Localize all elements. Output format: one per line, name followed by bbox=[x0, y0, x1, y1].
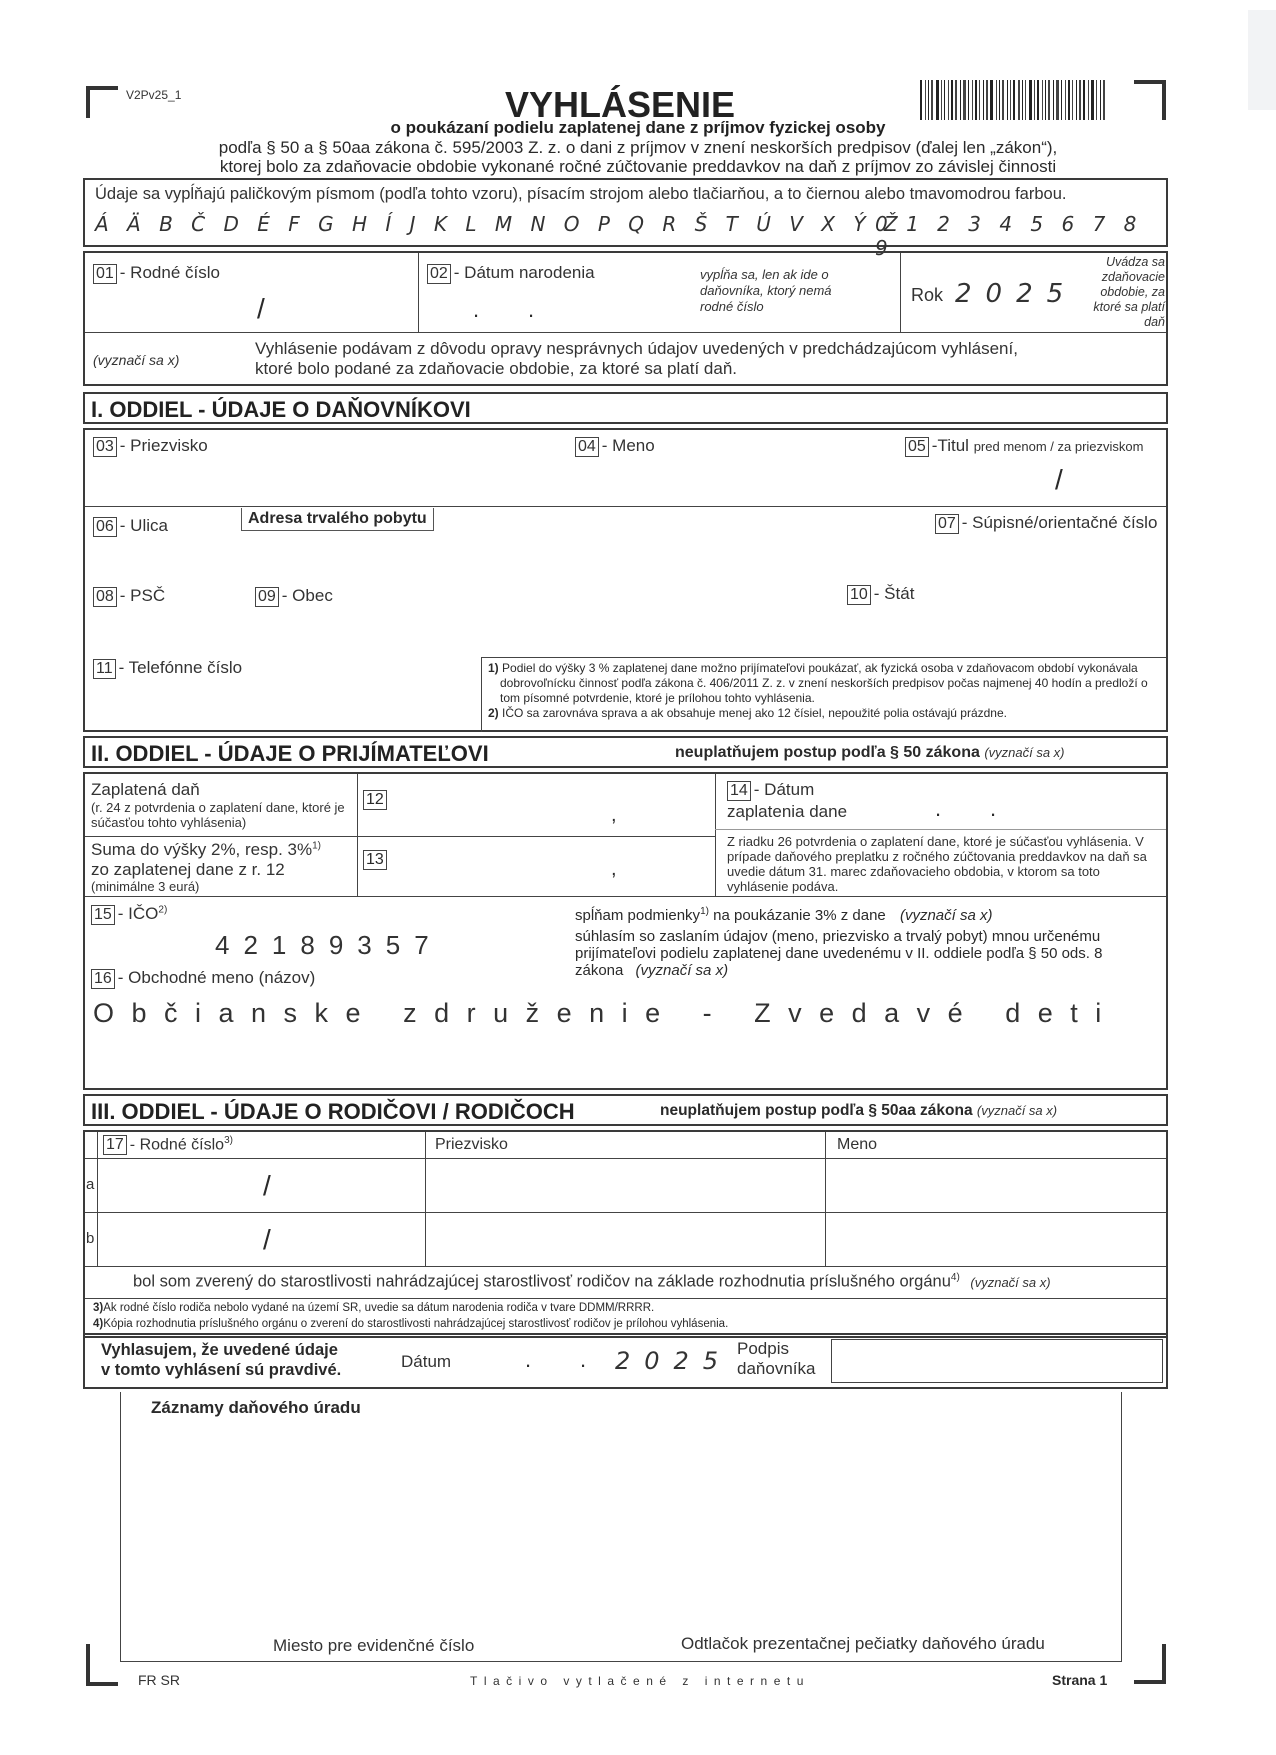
instructions-text: Údaje sa vypĺňajú paličkovým písmom (pod… bbox=[95, 185, 1066, 204]
row-b-priezvisko[interactable] bbox=[427, 1214, 823, 1264]
field-11-telefon[interactable]: 11- Telefónne číslo bbox=[93, 658, 242, 679]
footnote-2: 2) IČO sa zarovnáva sprava a ak obsahuje… bbox=[488, 706, 1160, 721]
field-07-supisne-cislo[interactable]: 07- Súpisné/orientačné číslo bbox=[935, 513, 1157, 534]
section-3-optout[interactable]: neuplatňujem postup podľa § 50aa zákona … bbox=[660, 1102, 1057, 1120]
field-05-titul[interactable]: 05-Titul pred menom / za priezviskom bbox=[905, 436, 1143, 457]
year-label: Rok bbox=[911, 285, 943, 306]
declaration-text-1: Vyhlasujem, že uvedené údaje bbox=[101, 1341, 338, 1360]
scan-edge-shadow bbox=[1248, 10, 1276, 110]
corner-mark-bottom-right bbox=[1134, 1644, 1166, 1684]
condition-checkbox-text[interactable]: spĺňam podmienky1) na poukázanie 3% z da… bbox=[575, 906, 992, 924]
sum-note: (minimálne 3 eurá) bbox=[91, 879, 199, 894]
office-records-box: Záznamy daňového úradu Miesto pre eviden… bbox=[120, 1392, 1122, 1662]
correction-mark[interactable]: (vyznačí sa x) bbox=[93, 352, 179, 368]
year-note: Uvádza sa zdaňovacie obdobie, za ktoré s… bbox=[1075, 255, 1165, 330]
page-number: Strana 1 bbox=[1052, 1672, 1107, 1688]
field-14-dots: . . bbox=[935, 796, 996, 822]
consent-checkbox-text[interactable]: súhlasím so zaslaním údajov (meno, priez… bbox=[575, 928, 1135, 979]
field-number: 01 bbox=[93, 264, 117, 284]
date-label: Dátum bbox=[401, 1352, 451, 1372]
footnotes-box: 1) Podiel do výšky 3 % zaplatenej dane m… bbox=[481, 657, 1166, 732]
footer-center: Tlačivo vytlačené z internetu bbox=[470, 1674, 810, 1688]
correction-text-2: ktoré bolo podané za zdaňovacie obdobie,… bbox=[255, 359, 737, 379]
col-meno: Meno bbox=[837, 1136, 877, 1154]
corner-mark-top-right bbox=[1134, 80, 1166, 120]
section-1-title: I. ODDIEL - ÚDAJE O DAŇOVNÍKOVI bbox=[91, 397, 471, 423]
titul-separator: / bbox=[1055, 464, 1063, 496]
corner-mark-bottom-left bbox=[86, 1644, 118, 1686]
field-10-stat[interactable]: 10- Štát bbox=[847, 584, 914, 605]
field-09-obec[interactable]: 09- Obec bbox=[255, 586, 333, 607]
field-13-number: 13 bbox=[363, 850, 387, 870]
name-value[interactable]: Občianske združenie - Zvedavé deti bbox=[93, 998, 1119, 1029]
col-priezvisko: Priezvisko bbox=[435, 1136, 508, 1154]
address-tag: Adresa trvalého pobytu bbox=[241, 508, 434, 531]
field-03-priezvisko[interactable]: 03- Priezvisko bbox=[93, 436, 208, 457]
field-15-ico[interactable]: 15- IČO2) bbox=[91, 904, 167, 925]
field-13-suma[interactable]: , bbox=[385, 840, 710, 892]
field-08-psc[interactable]: 08- PSČ bbox=[93, 586, 165, 607]
col-rodne-cislo: 17- Rodné číslo3) bbox=[103, 1135, 233, 1155]
sum-label: Suma do výšky 2%, resp. 3%1) bbox=[91, 840, 321, 860]
footnote-4: 4)Kópia rozhodnutia príslušného orgánu o… bbox=[93, 1318, 728, 1330]
legal-line-2: ktorej bolo za zdaňovacie obdobie vykona… bbox=[0, 157, 1276, 177]
signature-field[interactable] bbox=[831, 1339, 1163, 1383]
barcode-icon bbox=[920, 80, 1107, 120]
correction-text-1: Vyhlásenie podávam z dôvodu opravy nespr… bbox=[255, 339, 1018, 359]
row-b-label: b bbox=[86, 1230, 94, 1247]
field-06-ulica[interactable]: 06- Ulica bbox=[93, 516, 168, 537]
sum-label-2: zo zaplatenej dane z r. 12 bbox=[91, 860, 285, 880]
row-b-meno[interactable] bbox=[827, 1214, 1167, 1264]
row-a-label: a bbox=[86, 1176, 94, 1193]
row-a-priezvisko[interactable] bbox=[427, 1160, 823, 1210]
field-12-zaplatena-dan[interactable]: , bbox=[385, 784, 710, 832]
paid-tax-label: Zaplatená daň bbox=[91, 780, 200, 800]
rodne-cislo-separator: / bbox=[257, 293, 265, 325]
sample-letters: Á Ä B Č D É F G H Í J K L M N O P Q R Š … bbox=[95, 212, 904, 236]
section-2-optout[interactable]: neuplatňujem postup podľa § 50 zákona (v… bbox=[675, 744, 1065, 762]
signature-label-2: daňovníka bbox=[737, 1359, 815, 1379]
section-3-header: III. ODDIEL - ÚDAJE O RODIČOVI / RODIČOC… bbox=[83, 1094, 1168, 1126]
declaration-date-dots: . . bbox=[525, 1347, 586, 1373]
section-3-body: 17- Rodné číslo3) Priezvisko Meno a / b … bbox=[83, 1130, 1168, 1338]
footnote-1: 1) Podiel do výšky 3 % zaplatenej dane m… bbox=[488, 661, 1160, 706]
field-14-label-2: zaplatenia dane bbox=[727, 802, 847, 822]
field-number: 02 bbox=[427, 264, 451, 284]
declaration-text-2: v tomto vyhlásení sú pravdivé. bbox=[101, 1361, 341, 1380]
field-14-datum-zaplatenia[interactable]: 14- Dátum bbox=[727, 780, 814, 801]
stamp-label: Odtlačok prezentačnej pečiatky daňového … bbox=[681, 1634, 1045, 1654]
field-12-number: 12 bbox=[363, 790, 387, 810]
field-16-obchodne-meno[interactable]: 16- Obchodné meno (názov) bbox=[91, 968, 315, 989]
date-note: vypĺňa sa, len ak ide o daňovníka, ktorý… bbox=[700, 267, 865, 315]
row-a-meno[interactable] bbox=[827, 1160, 1167, 1210]
date-dots: . . bbox=[473, 297, 534, 323]
corner-mark-top-left bbox=[86, 86, 118, 118]
row-a-rodne-cislo[interactable]: / bbox=[99, 1160, 423, 1210]
ico-value[interactable]: 42189357 bbox=[215, 930, 443, 961]
office-title: Záznamy daňového úradu bbox=[151, 1398, 361, 1418]
form-code: V2Pv25_1 bbox=[126, 88, 181, 102]
legal-line-1: podľa § 50 a § 50aa zákona č. 595/2003 Z… bbox=[0, 138, 1276, 158]
declaration-box: Vyhlasujem, že uvedené údaje v tomto vyh… bbox=[83, 1333, 1168, 1389]
form-subtitle: o poukázaní podielu zaplatenej dane z pr… bbox=[0, 118, 1276, 138]
signature-label-1: Podpis bbox=[737, 1339, 789, 1359]
declaration-date-year[interactable]: 2025 bbox=[615, 1347, 732, 1375]
row-b-rodne-cislo[interactable]: / bbox=[99, 1214, 423, 1264]
field-02-datum-narodenia[interactable]: 02- Dátum narodenia bbox=[427, 263, 595, 284]
section-3-title: III. ODDIEL - ÚDAJE O RODIČOVI / RODIČOC… bbox=[91, 1099, 575, 1125]
year-value[interactable]: 2025 bbox=[955, 279, 1077, 309]
paid-tax-note: (r. 24 z potvrdenia o zaplatení dane, kt… bbox=[91, 800, 351, 830]
footer-left: FR SR bbox=[138, 1672, 180, 1688]
section-2-header: II. ODDIEL - ÚDAJE O PRIJÍMATEĽOVI neupl… bbox=[83, 736, 1168, 768]
instructions-box: Údaje sa vypĺňajú paličkovým písmom (pod… bbox=[83, 178, 1168, 247]
section-1-header: I. ODDIEL - ÚDAJE O DAŇOVNÍKOVI bbox=[83, 392, 1168, 424]
identity-box: 01- Rodné číslo / 02- Dátum narodenia . … bbox=[83, 251, 1168, 386]
field-01-rodne-cislo[interactable]: 01- Rodné číslo bbox=[93, 263, 220, 284]
footnote-3: 3)Ak rodné číslo rodiča nebolo vydané na… bbox=[93, 1302, 654, 1314]
evidence-number-label: Miesto pre evidenčné číslo bbox=[273, 1636, 474, 1656]
field-04-meno[interactable]: 04- Meno bbox=[575, 436, 655, 457]
section-1-body: 03- Priezvisko 04- Meno 05-Titul pred me… bbox=[83, 428, 1168, 732]
custody-checkbox-text[interactable]: bol som zverený do starostlivosti nahrád… bbox=[133, 1272, 1051, 1292]
section-2-body: Zaplatená daň (r. 24 z potvrdenia o zapl… bbox=[83, 772, 1168, 1090]
section-2-title: II. ODDIEL - ÚDAJE O PRIJÍMATEĽOVI bbox=[91, 741, 489, 767]
field-14-note: Z riadku 26 potvrdenia o zaplatení dane,… bbox=[727, 834, 1147, 894]
